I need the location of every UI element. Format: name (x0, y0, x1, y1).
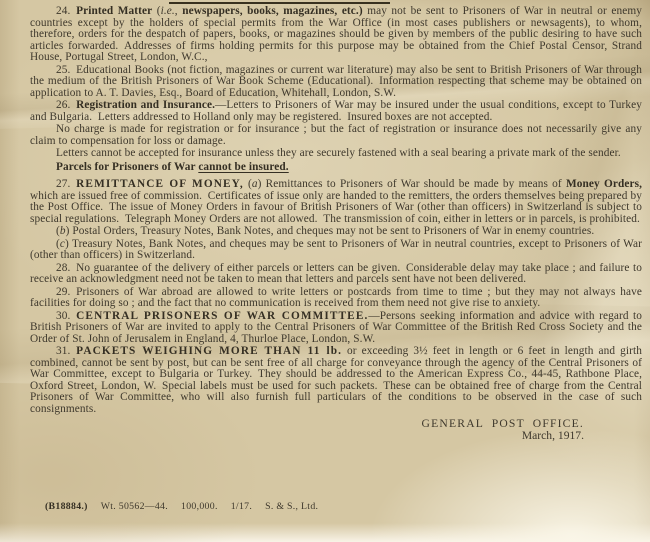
text-run: CENTRAL PRISONERS OF WAR COMMITTEE. (76, 310, 368, 322)
signature-date: March, 1917. (30, 430, 584, 442)
text-run: ) Postal Orders, Treasury Notes, Bank No… (66, 225, 595, 237)
paragraph-27c: (c) Treasury Notes, Bank Notes, and cheq… (30, 239, 642, 262)
paragraph-27: 27. REMITTANCE OF MONEY, (a) Remittances… (30, 179, 642, 225)
imprint-segment: 1/17. (231, 501, 252, 512)
paragraph-24: 24. Printed Matter (i.e., newspapers, bo… (30, 6, 642, 64)
paragraph-26-no-charge: No charge is made for registration or fo… (30, 124, 642, 147)
text-run: 26. (56, 99, 76, 111)
text-run: 29. Prisoners of War abroad are allowed … (30, 286, 642, 310)
paragraphs-container: 24. Printed Matter (i.e., newspapers, bo… (30, 6, 642, 415)
paragraph-28: 28. No guarantee of the delivery of eith… (30, 263, 642, 286)
text-run: 28. No guarantee of the delivery of eith… (30, 262, 642, 286)
text-run: cannot be insured. (198, 161, 288, 173)
imprint-line: (B18884.)Wt. 50562—44.100,000.1/17.S. & … (45, 501, 331, 512)
document-page: 24. Printed Matter (i.e., newspapers, bo… (0, 0, 650, 542)
text-run: ( (244, 178, 252, 190)
text-run: PACKETS WEIGHING MORE THAN 11 lb. (76, 345, 342, 357)
text-run: 31. (56, 345, 76, 357)
signature-office: GENERAL POST OFFICE. (30, 418, 584, 430)
imprint-segment: 100,000. (181, 501, 218, 512)
text-run: Parcels for Prisoners of War (56, 161, 198, 173)
heading-underline-rule (169, 2, 390, 4)
text-run: ) Remittances to Prisoners of War should… (258, 178, 566, 190)
text-run: Money Orders, (566, 178, 642, 190)
paragraph-30: 30. CENTRAL PRISONERS OF WAR COMMITTEE.—… (30, 311, 642, 346)
paragraph-31: 31. PACKETS WEIGHING MORE THAN 11 lb. or… (30, 346, 642, 415)
text-run: Registration and Insurance. (76, 99, 215, 111)
text-run: 25. Educational Books (not fiction, maga… (30, 64, 642, 99)
imprint-segment: Wt. 50562—44. (101, 501, 168, 512)
text-run: REMITTANCE OF MONEY, (76, 178, 244, 190)
text-run: ( (152, 5, 160, 17)
text-run: ) Treasury Notes, Bank Notes, and cheque… (30, 238, 642, 262)
text-run: which are issued free of commission. Cer… (30, 190, 642, 225)
text-run: No charge is made for registration or fo… (30, 123, 642, 147)
paragraph-26-parcels: Parcels for Prisoners of War cannot be i… (30, 162, 642, 174)
text-run: 24. (56, 5, 76, 17)
document-body: 24. Printed Matter (i.e., newspapers, bo… (30, 6, 642, 442)
paragraph-26: 26. Registration and Insurance.—Letters … (30, 100, 642, 123)
paragraph-26-letters: Letters cannot be accepted for insurance… (30, 148, 642, 160)
text-run: Letters cannot be accepted for insurance… (56, 147, 621, 159)
imprint-segment: S. & S., Ltd. (265, 501, 318, 512)
imprint-segment: (B18884.) (45, 501, 88, 512)
text-run: newspapers, books, magazines, etc.) (182, 5, 362, 17)
paragraph-27b: (b) Postal Orders, Treasury Notes, Bank … (30, 226, 642, 238)
paragraph-29: 29. Prisoners of War abroad are allowed … (30, 287, 642, 310)
text-run: Printed Matter (76, 5, 152, 17)
paragraph-25: 25. Educational Books (not fiction, maga… (30, 65, 642, 100)
text-run: 27. (56, 178, 76, 190)
text-run: 30. (56, 310, 76, 322)
signature-block: GENERAL POST OFFICE. March, 1917. (30, 418, 642, 442)
text-run: i.e. (161, 5, 175, 17)
